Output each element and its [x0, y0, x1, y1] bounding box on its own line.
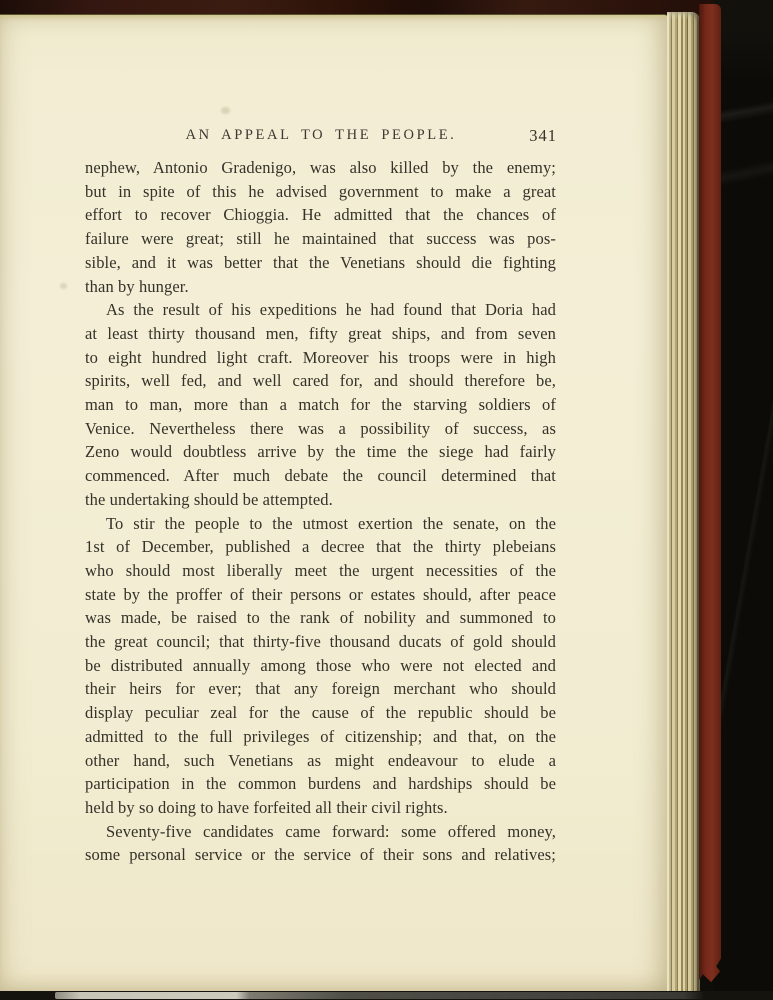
text-line: Venice. Nevertheless there was a possibi…	[85, 417, 556, 441]
text-line: other hand, such Venetians as might ende…	[85, 749, 556, 773]
text-line: failure were great; still he maintained …	[85, 227, 556, 251]
text-line: spirits, well fed, and well cared for, a…	[85, 369, 556, 393]
text-line: the great council; that thirty-five thou…	[85, 630, 556, 654]
text-line: commenced. After much debate the council…	[85, 464, 556, 488]
paragraph: To stir the people to the utmost exertio…	[85, 512, 556, 820]
text-line: state by the proffer of their persons or…	[85, 583, 556, 607]
text-line: be distributed annually among those who …	[85, 654, 556, 678]
text-line: To stir the people to the utmost exertio…	[85, 512, 556, 536]
book-cover-edge	[699, 4, 721, 990]
page-title: AN APPEAL TO THE PEOPLE.	[85, 127, 557, 144]
text-line: nephew, Antonio Gradenigo, was also kill…	[85, 156, 556, 180]
paper-spot	[221, 107, 230, 114]
paragraph: As the result of his expeditions he had …	[85, 298, 556, 511]
background-bottom	[0, 991, 773, 1000]
paragraph: Seventy-five candidates came forward: so…	[85, 820, 556, 867]
text-line: Zeno would doubtless arrive by the time …	[85, 440, 556, 464]
running-head: AN APPEAL TO THE PEOPLE. 341	[85, 127, 557, 149]
text-line: at least thirty thousand men, fifty grea…	[85, 322, 556, 346]
text-line: their heirs for ever; that any foreign m…	[85, 677, 556, 701]
page-number: 341	[529, 126, 557, 146]
text-line: some personal service or the service of …	[85, 843, 556, 867]
text-line: than by hunger.	[85, 275, 556, 299]
text-line: admitted to the full privileges of citiz…	[85, 725, 556, 749]
background-right	[713, 0, 773, 1000]
page-text: nephew, Antonio Gradenigo, was also kill…	[85, 156, 556, 867]
text-line: effort to recover Chioggia. He admitted …	[85, 203, 556, 227]
text-line: to eight hundred light craft. Moreover h…	[85, 346, 556, 370]
text-line: sible, and it was better that the Veneti…	[85, 251, 556, 275]
text-line: who should most liberally meet the urgen…	[85, 559, 556, 583]
text-line: Seventy-five candidates came forward: so…	[85, 820, 556, 844]
text-line: participation in the common burdens and …	[85, 772, 556, 796]
text-line: man to man, more than a match for the st…	[85, 393, 556, 417]
text-line: held by so doing to have forfeited all t…	[85, 796, 556, 820]
table-edge	[55, 992, 703, 999]
text-line: but in spite of this he advised governme…	[85, 180, 556, 204]
text-line: display peculiar zeal for the cause of t…	[85, 701, 556, 725]
text-line: the undertaking should be attempted.	[85, 488, 556, 512]
paragraph: nephew, Antonio Gradenigo, was also kill…	[85, 156, 556, 298]
scanned-book-photo: AN APPEAL TO THE PEOPLE. 341 nephew, Ant…	[0, 0, 773, 1000]
book-page: AN APPEAL TO THE PEOPLE. 341 nephew, Ant…	[0, 14, 669, 997]
book-page-edges	[667, 12, 700, 996]
text-line: 1st of December, published a decree that…	[85, 535, 556, 559]
text-line: was made, be raised to the rank of nobil…	[85, 606, 556, 630]
text-line: As the result of his expeditions he had …	[85, 298, 556, 322]
paper-spot	[60, 283, 67, 289]
